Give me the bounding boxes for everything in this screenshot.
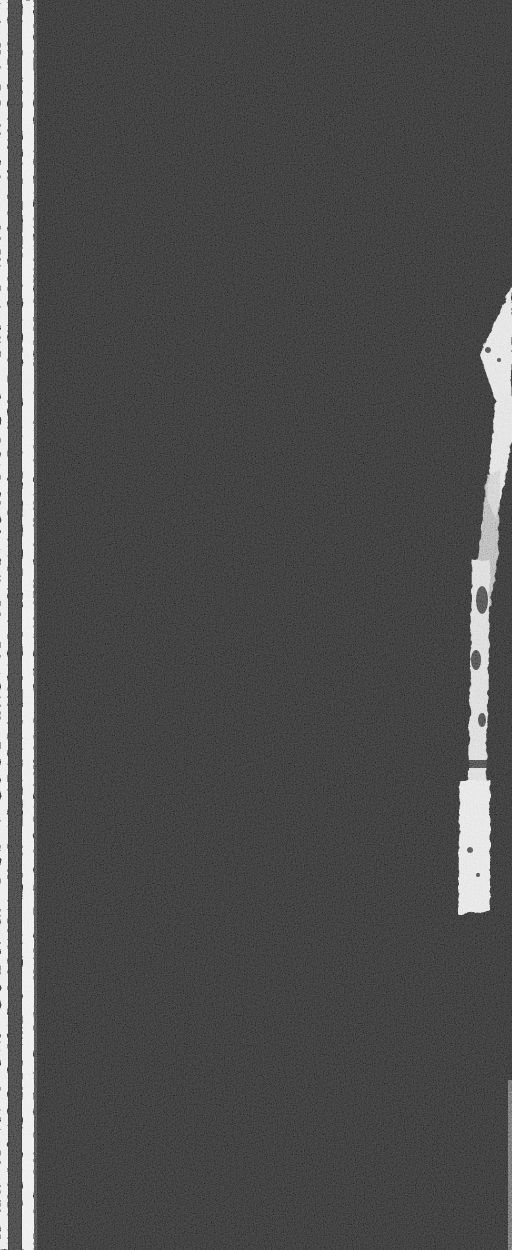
road-photo <box>0 0 512 1250</box>
grain-overlay <box>0 0 512 1250</box>
